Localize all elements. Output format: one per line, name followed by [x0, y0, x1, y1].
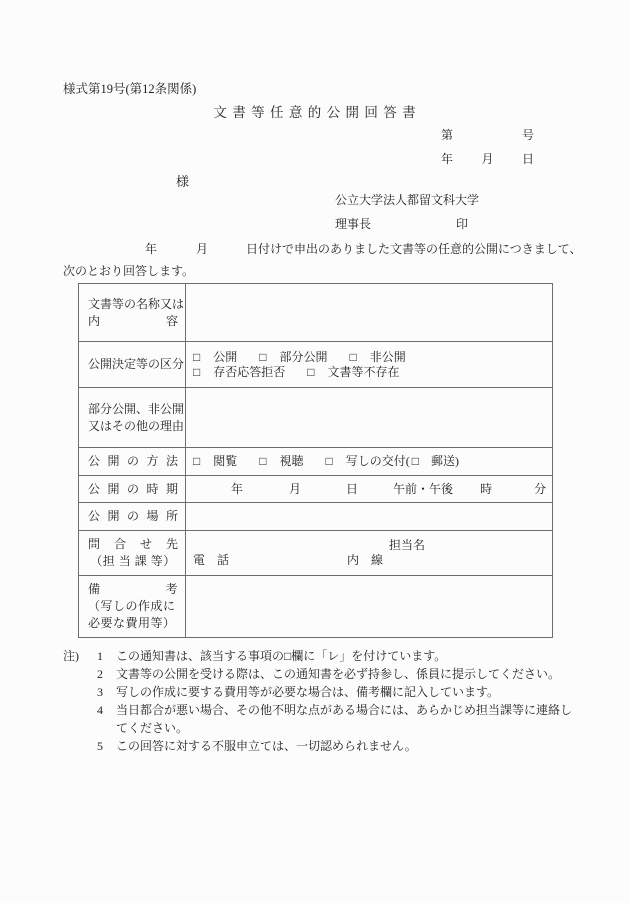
note-number: 4: [97, 701, 116, 719]
intro-line-1: 年 月 日付けで申出のありました文書等の任意的公開につきまして、: [63, 238, 571, 260]
note-marker: 注): [63, 647, 97, 665]
time-month-label: 月: [289, 482, 301, 497]
time-year-label: 年: [231, 482, 243, 497]
response-table: 文書等の名称又は 内 容 公開決定等の区分 □公開 □部分公開 □非公開 □存否…: [78, 283, 553, 638]
decision-options-line-2: □存否応答拒否 □文書等不存在: [193, 365, 546, 380]
checkbox-icon: □: [259, 350, 266, 364]
remarks-value: [186, 576, 553, 638]
note-text: この回答に対する不服申立ては、一切認められません。: [116, 737, 577, 755]
checkbox-icon: □: [326, 454, 333, 468]
option-not-open: □非公開: [350, 350, 406, 364]
checkbox-icon: □: [193, 350, 200, 364]
row-label-reason: 部分公開、非公開 又はその他の理由: [79, 388, 186, 448]
table-row: 公 開 の 場 所: [79, 503, 553, 531]
checkbox-icon: □: [307, 365, 314, 379]
issuer-title-line: 理事長 印: [335, 215, 468, 232]
table-row: 公開決定等の区分 □公開 □部分公開 □非公開 □存否応答拒否 □文書等不存在: [79, 342, 553, 388]
time-hour-label: 時: [480, 482, 492, 497]
note-item: 3 写しの作成に要する費用等が必要な場合は、備考欄に記入しています。: [63, 683, 577, 701]
decision-options-line-1: □公開 □部分公開 □非公開: [193, 350, 546, 365]
note-item: 5 この回答に対する不服申立ては、一切認められません。: [63, 737, 577, 755]
note-item: 2 文書等の公開を受ける際は、この通知書を必ず持参し、係員に提示してください。: [63, 665, 577, 683]
document-name-value: [186, 284, 553, 342]
doc-number-suffix: 号: [522, 126, 534, 143]
note-text: この通知書は、該当する事項の□欄に「レ」を付けています。: [116, 647, 577, 665]
decision-options: □公開 □部分公開 □非公開 □存否応答拒否 □文書等不存在: [186, 342, 553, 388]
table-row: 備 考 （写しの作成に 必要な費用等）: [79, 576, 553, 638]
table-row: 部分公開、非公開 又はその他の理由: [79, 388, 553, 448]
option-inspection: □閲覧: [193, 454, 237, 468]
intro-month-label: 月: [196, 242, 208, 256]
contact-person-label: 担当名: [389, 538, 425, 552]
form-number: 様式第19号(第12条関係): [63, 79, 196, 97]
extension-label: 内 線: [347, 553, 383, 567]
note-item: 注) 1 この通知書は、該当する事項の□欄に「レ」を付けています。: [63, 647, 577, 665]
document-number-line: 第 号: [441, 126, 534, 143]
row-label-decision-category: 公開決定等の区分: [79, 342, 186, 388]
row-label-time: 公 開 の 時 期: [79, 476, 186, 503]
note-text: 写しの作成に要する費用等が必要な場合は、備考欄に記入しています。: [116, 683, 577, 701]
document-title: 文 書 等 任 意 的 公 開 回 答 書: [0, 101, 630, 121]
note-text: 文書等の公開を受ける際は、この通知書を必ず持参し、係員に提示してください。: [116, 665, 577, 683]
note-number: 1: [97, 647, 116, 665]
row-label-contact: 問 合 せ 先 （担 当 課 等）: [79, 531, 186, 576]
time-value: 年 月 日 午前・午後 時 分: [186, 476, 553, 503]
reason-value: [186, 388, 553, 448]
option-copy-delivery: □写しの交付(□郵送): [326, 454, 460, 468]
time-day-label: 日: [346, 482, 358, 497]
option-open: □公開: [193, 350, 237, 364]
note-text: 当日都合が悪い場合、その他不明な点がある場合には、あらかじめ担当課等に連絡してく…: [116, 701, 577, 737]
table-row: 文書等の名称又は 内 容: [79, 284, 553, 342]
note-number: 2: [97, 665, 116, 683]
option-refuse-confirm: □存否応答拒否: [193, 365, 285, 379]
checkbox-icon: □: [412, 454, 419, 468]
table-row: 公 開 の 時 期 年 月 日 午前・午後 時 分: [79, 476, 553, 503]
checkbox-icon: □: [350, 350, 357, 364]
intro-year-label: 年: [145, 242, 157, 256]
method-options: □閲覧 □視聴 □写しの交付(□郵送): [186, 448, 553, 476]
contact-value: 担当名 電 話 内 線: [186, 531, 553, 576]
date-year-label: 年: [441, 150, 453, 167]
document-page: 様式第19号(第12条関係) 文 書 等 任 意 的 公 開 回 答 書 第 号…: [0, 0, 630, 903]
addressee-honorific: 様: [176, 171, 189, 190]
note-item: 4 当日都合が悪い場合、その他不明な点がある場合には、あらかじめ担当課等に連絡し…: [63, 701, 577, 737]
intro-line-2: 次のとおり回答します。: [63, 260, 571, 282]
date-line: 年 月 日: [441, 150, 534, 167]
table-row: 公 開 の 方 法 □閲覧 □視聴 □写しの交付(□郵送): [79, 448, 553, 476]
notes-section: 注) 1 この通知書は、該当する事項の□欄に「レ」を付けています。 2 文書等の…: [63, 647, 577, 755]
intro-paragraph: 年 月 日付けで申出のありました文書等の任意的公開につきまして、 次のとおり回答…: [63, 238, 571, 282]
row-label-document-name: 文書等の名称又は 内 容: [79, 284, 186, 342]
doc-number-prefix: 第: [441, 126, 453, 143]
row-label-remarks: 備 考 （写しの作成に 必要な費用等）: [79, 576, 186, 638]
note-number: 5: [97, 737, 116, 755]
row-label-method: 公 開 の 方 法: [79, 448, 186, 476]
option-partial-open: □部分公開: [259, 350, 327, 364]
note-number: 3: [97, 683, 116, 701]
checkbox-icon: □: [193, 454, 200, 468]
checkbox-icon: □: [259, 454, 266, 468]
option-not-exist: □文書等不存在: [307, 365, 399, 379]
checkbox-icon: □: [193, 365, 200, 379]
time-minute-label: 分: [534, 482, 546, 497]
table-row: 問 合 せ 先 （担 当 課 等） 担当名 電 話 内 線: [79, 531, 553, 576]
date-month-label: 月: [481, 150, 493, 167]
row-label-place: 公 開 の 場 所: [79, 503, 186, 531]
issuer-organization: 公立大学法人都留文科大学: [335, 191, 479, 208]
time-ampm-label: 午前・午後: [393, 482, 453, 497]
seal-mark: 印: [456, 215, 468, 232]
option-viewing: □視聴: [259, 454, 303, 468]
intro-line-1-text: 日付けで申出のありました文書等の任意的公開につきまして、: [246, 242, 582, 256]
place-value: [186, 503, 553, 531]
issuer-title: 理事長: [335, 215, 371, 232]
date-day-label: 日: [522, 150, 534, 167]
phone-label: 電 話: [193, 553, 229, 567]
